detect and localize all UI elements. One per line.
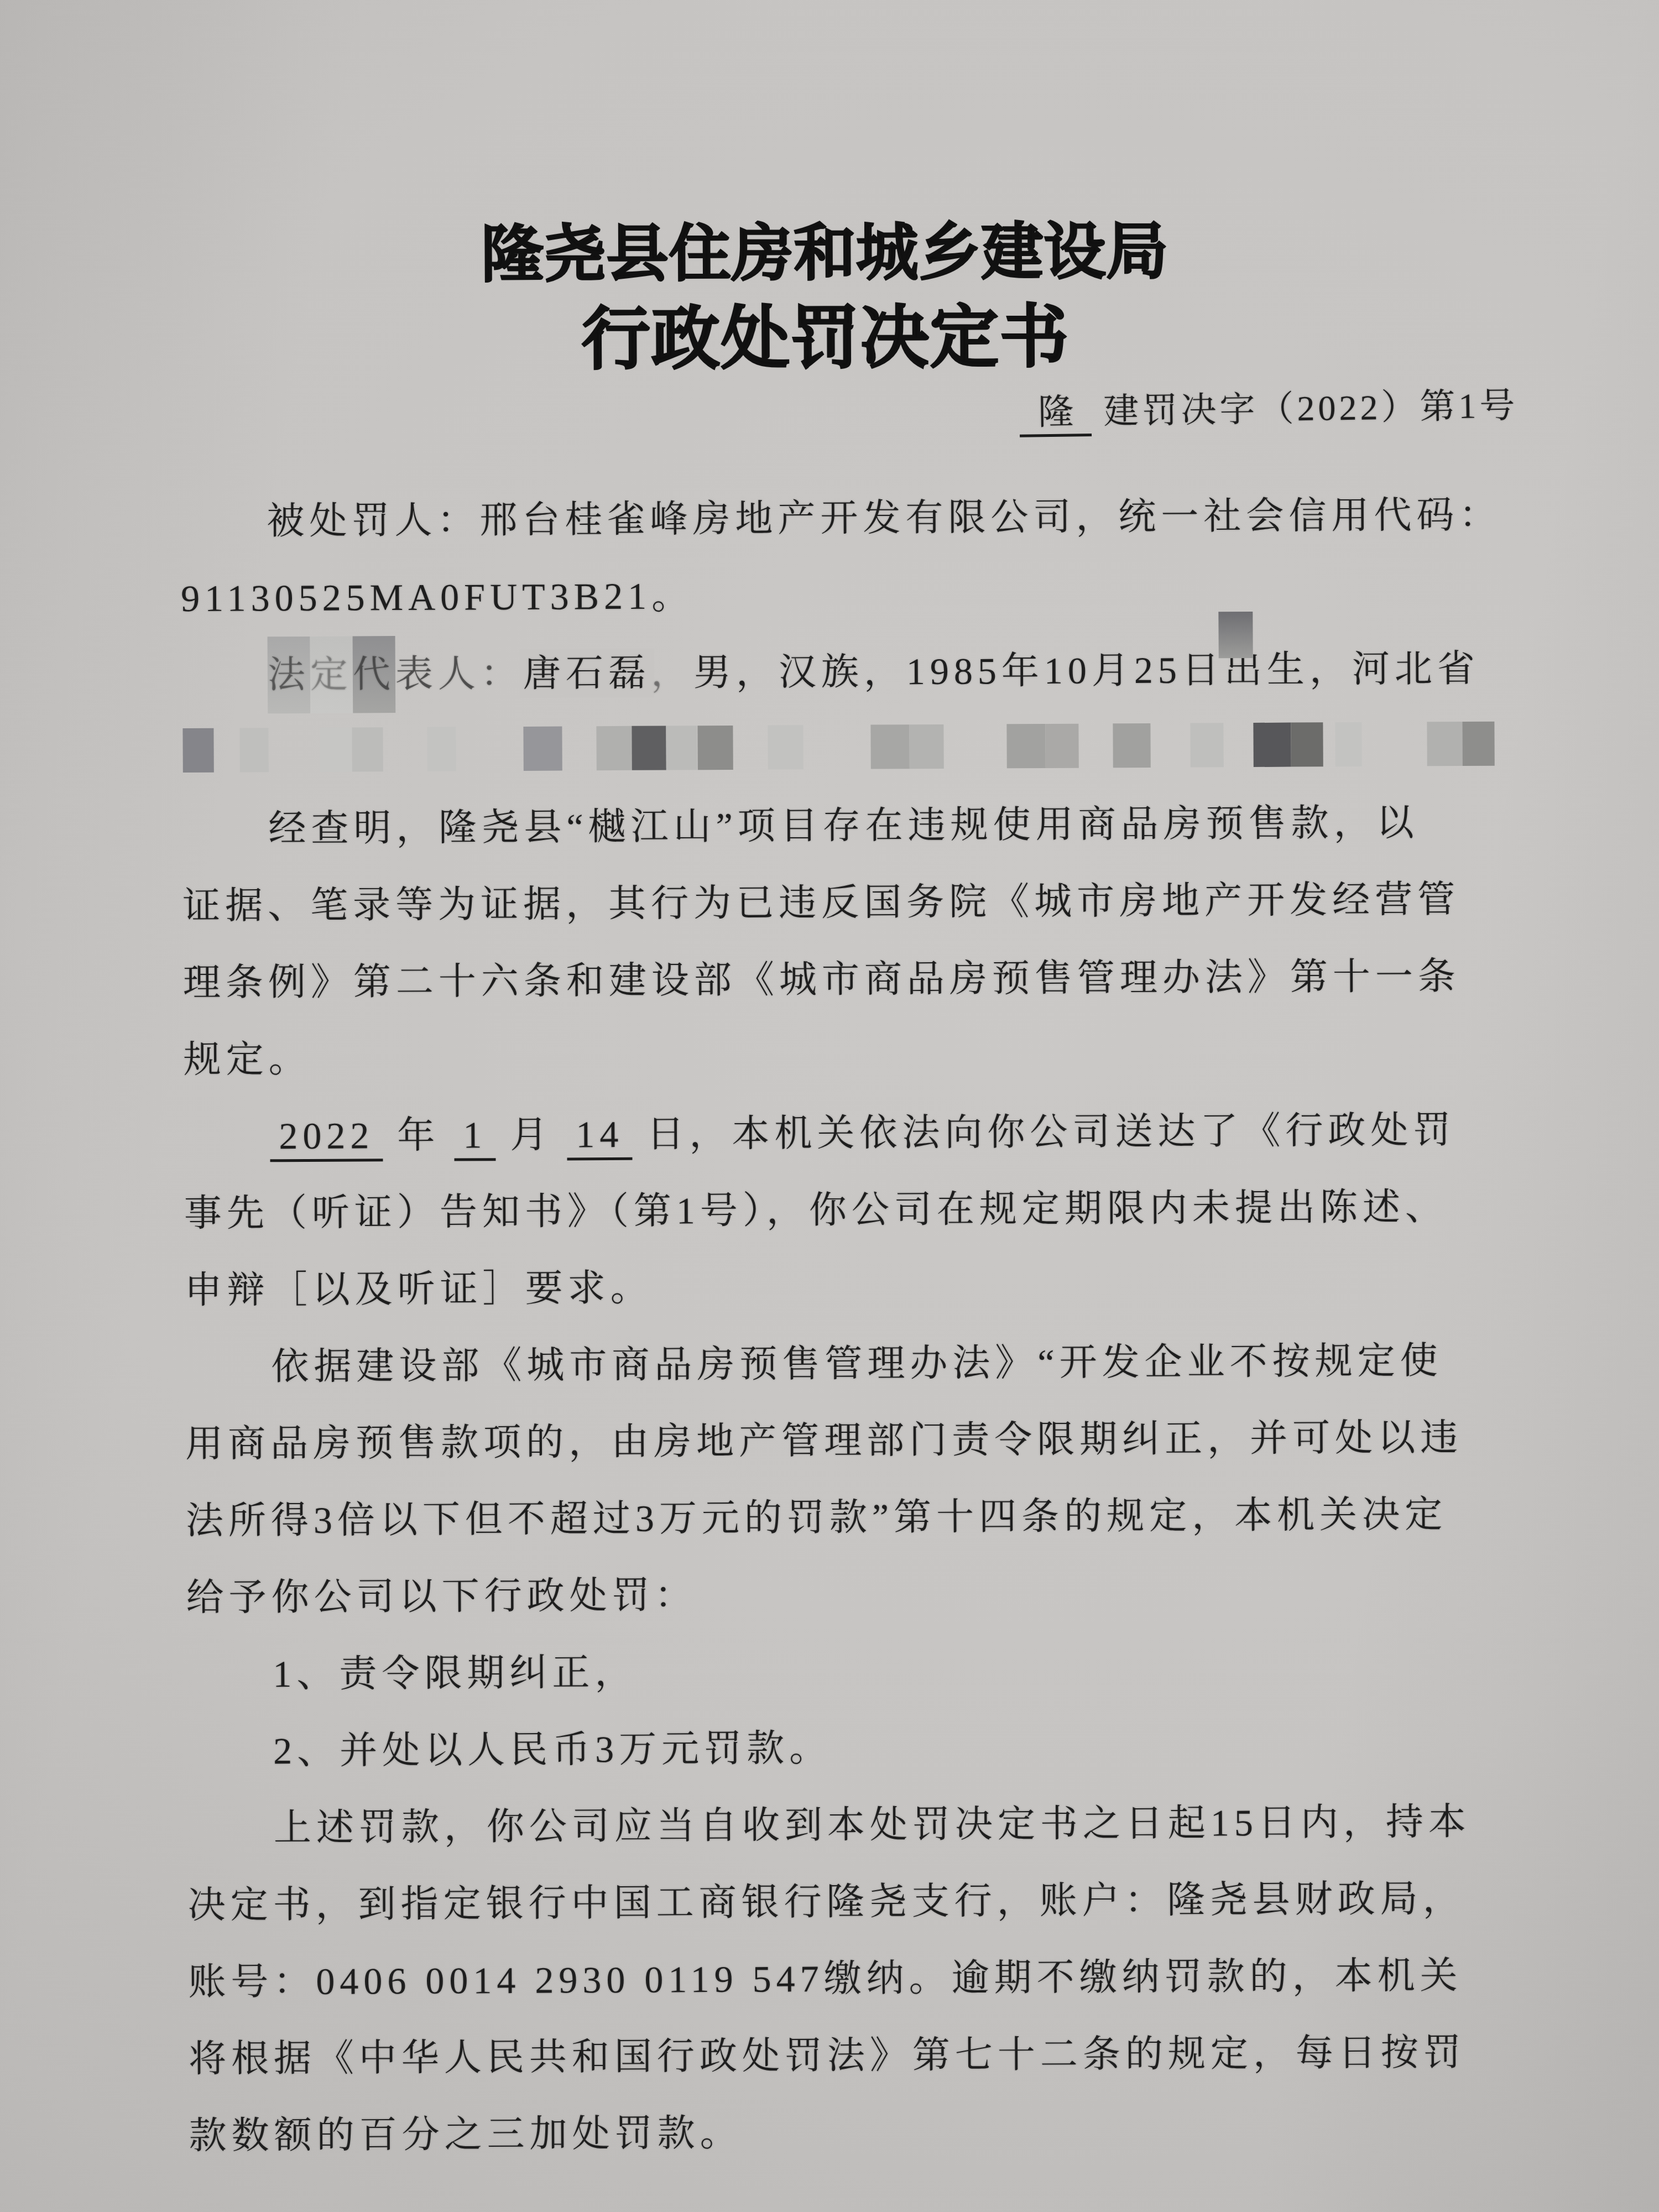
underlined-day: 14 [567,1113,632,1161]
legal-rep-details: 男，汉族，1985年10月25日出生，河北省 [693,648,1480,693]
redaction-block [1335,722,1361,766]
redaction-block [596,726,632,770]
legal-basis-line: 给予你公司以下行政处罚： [186,1552,1525,1636]
redaction-block [1253,723,1291,767]
legal-rep-label: 表人： [395,653,523,695]
redaction-block [1006,724,1045,768]
redaction-block [632,726,666,770]
penalty-item-2: 2、并处以人民币3万元罚款。 [187,1706,1526,1790]
redaction-block [239,728,268,772]
document-number-text: 建罚决字（2022）第1号 [1091,385,1519,431]
payment-instruction-line: 款数额的百分之三加处罚款。 [189,2090,1527,2174]
findings-line: 理条例》第二十六条和建设部《城市商品房预售管理办法》第十一条 [182,937,1521,1021]
redacted-char: 代 [353,636,396,713]
redaction-patch [1218,612,1253,658]
redaction-block [320,728,352,772]
notice-line: 申辩［以及听证］要求。 [184,1245,1523,1329]
payment-instruction-line: 上述罚款，你公司应当自收到本处罚决定书之日起15日内，持本 [187,1783,1526,1867]
faded-comma: ， [651,651,693,693]
penalty-item-1: 1、责令限期纠正， [186,1629,1525,1713]
redaction-block [1190,723,1223,767]
redaction-block [1113,723,1150,768]
findings-line: 经查明，隆尧县“樾江山”项目存在违规使用商品房预售款，以 [182,784,1521,868]
payment-instruction-line: 决定书，到指定银行中国工商银行隆尧支行，账户：隆尧县财政局， [187,1860,1526,1944]
underlined-month: 1 [454,1114,495,1161]
redaction-block [1045,724,1078,768]
notice-line: 事先（听证）告知书》（第1号），你公司在规定期限内未提出陈述、 [184,1168,1523,1252]
notice-text: 日，本机关依法向你公司送达了《行政处罚 [632,1109,1455,1155]
underlined-year: 2022 [270,1114,383,1162]
legal-basis-line: 法所得3倍以下但不超过3万元的罚款”第十四条的规定，本机关决定 [186,1475,1525,1559]
legal-basis-line: 用商品房预售款项的，由房地产管理部门责令限期纠正，并可处以违 [185,1399,1524,1483]
credit-code-line: 91130525MA0FUT3B21。 [181,553,1520,637]
document-body: 被处罚人：邢台桂雀峰房地产开发有限公司，统一社会信用代码： 91130525MA… [180,476,1527,2174]
document-number-underlined-prefix: 隆 [1019,392,1092,437]
month-label: 月 [495,1113,567,1156]
redaction-block [768,725,803,769]
document-type-title: 行政处罚决定书 [0,279,1655,386]
payment-instruction-line: 账号：0406 0014 2930 0119 547缴纳。逾期不缴纳罚款的，本机… [188,1937,1527,2021]
redacted-char: 定 [310,637,353,713]
redaction-block [1462,722,1494,766]
legal-representative-line: 法定代表人：唐石磊，男，汉族，1985年10月25日出生，河北省 [181,630,1520,714]
redaction-block [1291,722,1323,766]
document-number-line: 隆 建罚决字（2022）第1号 [0,375,1656,450]
redaction-block [427,727,456,771]
penalized-party-line: 被处罚人：邢台桂雀峰房地产开发有限公司，统一社会信用代码： [180,476,1519,560]
legal-rep-name-redaction-highlight: 唐石磊 [523,652,651,695]
legal-basis-line: 依据建设部《城市商品房预售管理办法》“开发企业不按规定使 [185,1322,1524,1406]
redacted-char: 法 [268,637,311,713]
penalty-decision-document: 隆尧县住房和城乡建设局 行政处罚决定书 隆 建罚决字（2022）第1号 被处罚人… [0,0,1659,2212]
redaction-block [182,728,213,773]
findings-line: 规定。 [183,1014,1522,1098]
redaction-block [1427,722,1462,766]
redaction-block [352,727,383,771]
redaction-block [523,727,562,771]
redaction-block [666,726,697,770]
redaction-block [870,724,909,769]
payment-instruction-line: 将根据《中华人民共和国行政处罚法》第七十二条的规定，每日按罚 [189,2013,1527,2098]
redaction-block [697,726,733,770]
notice-date-line: 2022 年 1 月 14 日，本机关依法向你公司送达了《行政处罚 [184,1091,1522,1175]
year-label: 年 [383,1114,454,1157]
findings-line: 证据、笔录等为证据，其行为已违反国务院《城市房地产开发经营管 [182,860,1521,945]
redaction-block [909,724,943,769]
redacted-address-row [181,707,1520,791]
